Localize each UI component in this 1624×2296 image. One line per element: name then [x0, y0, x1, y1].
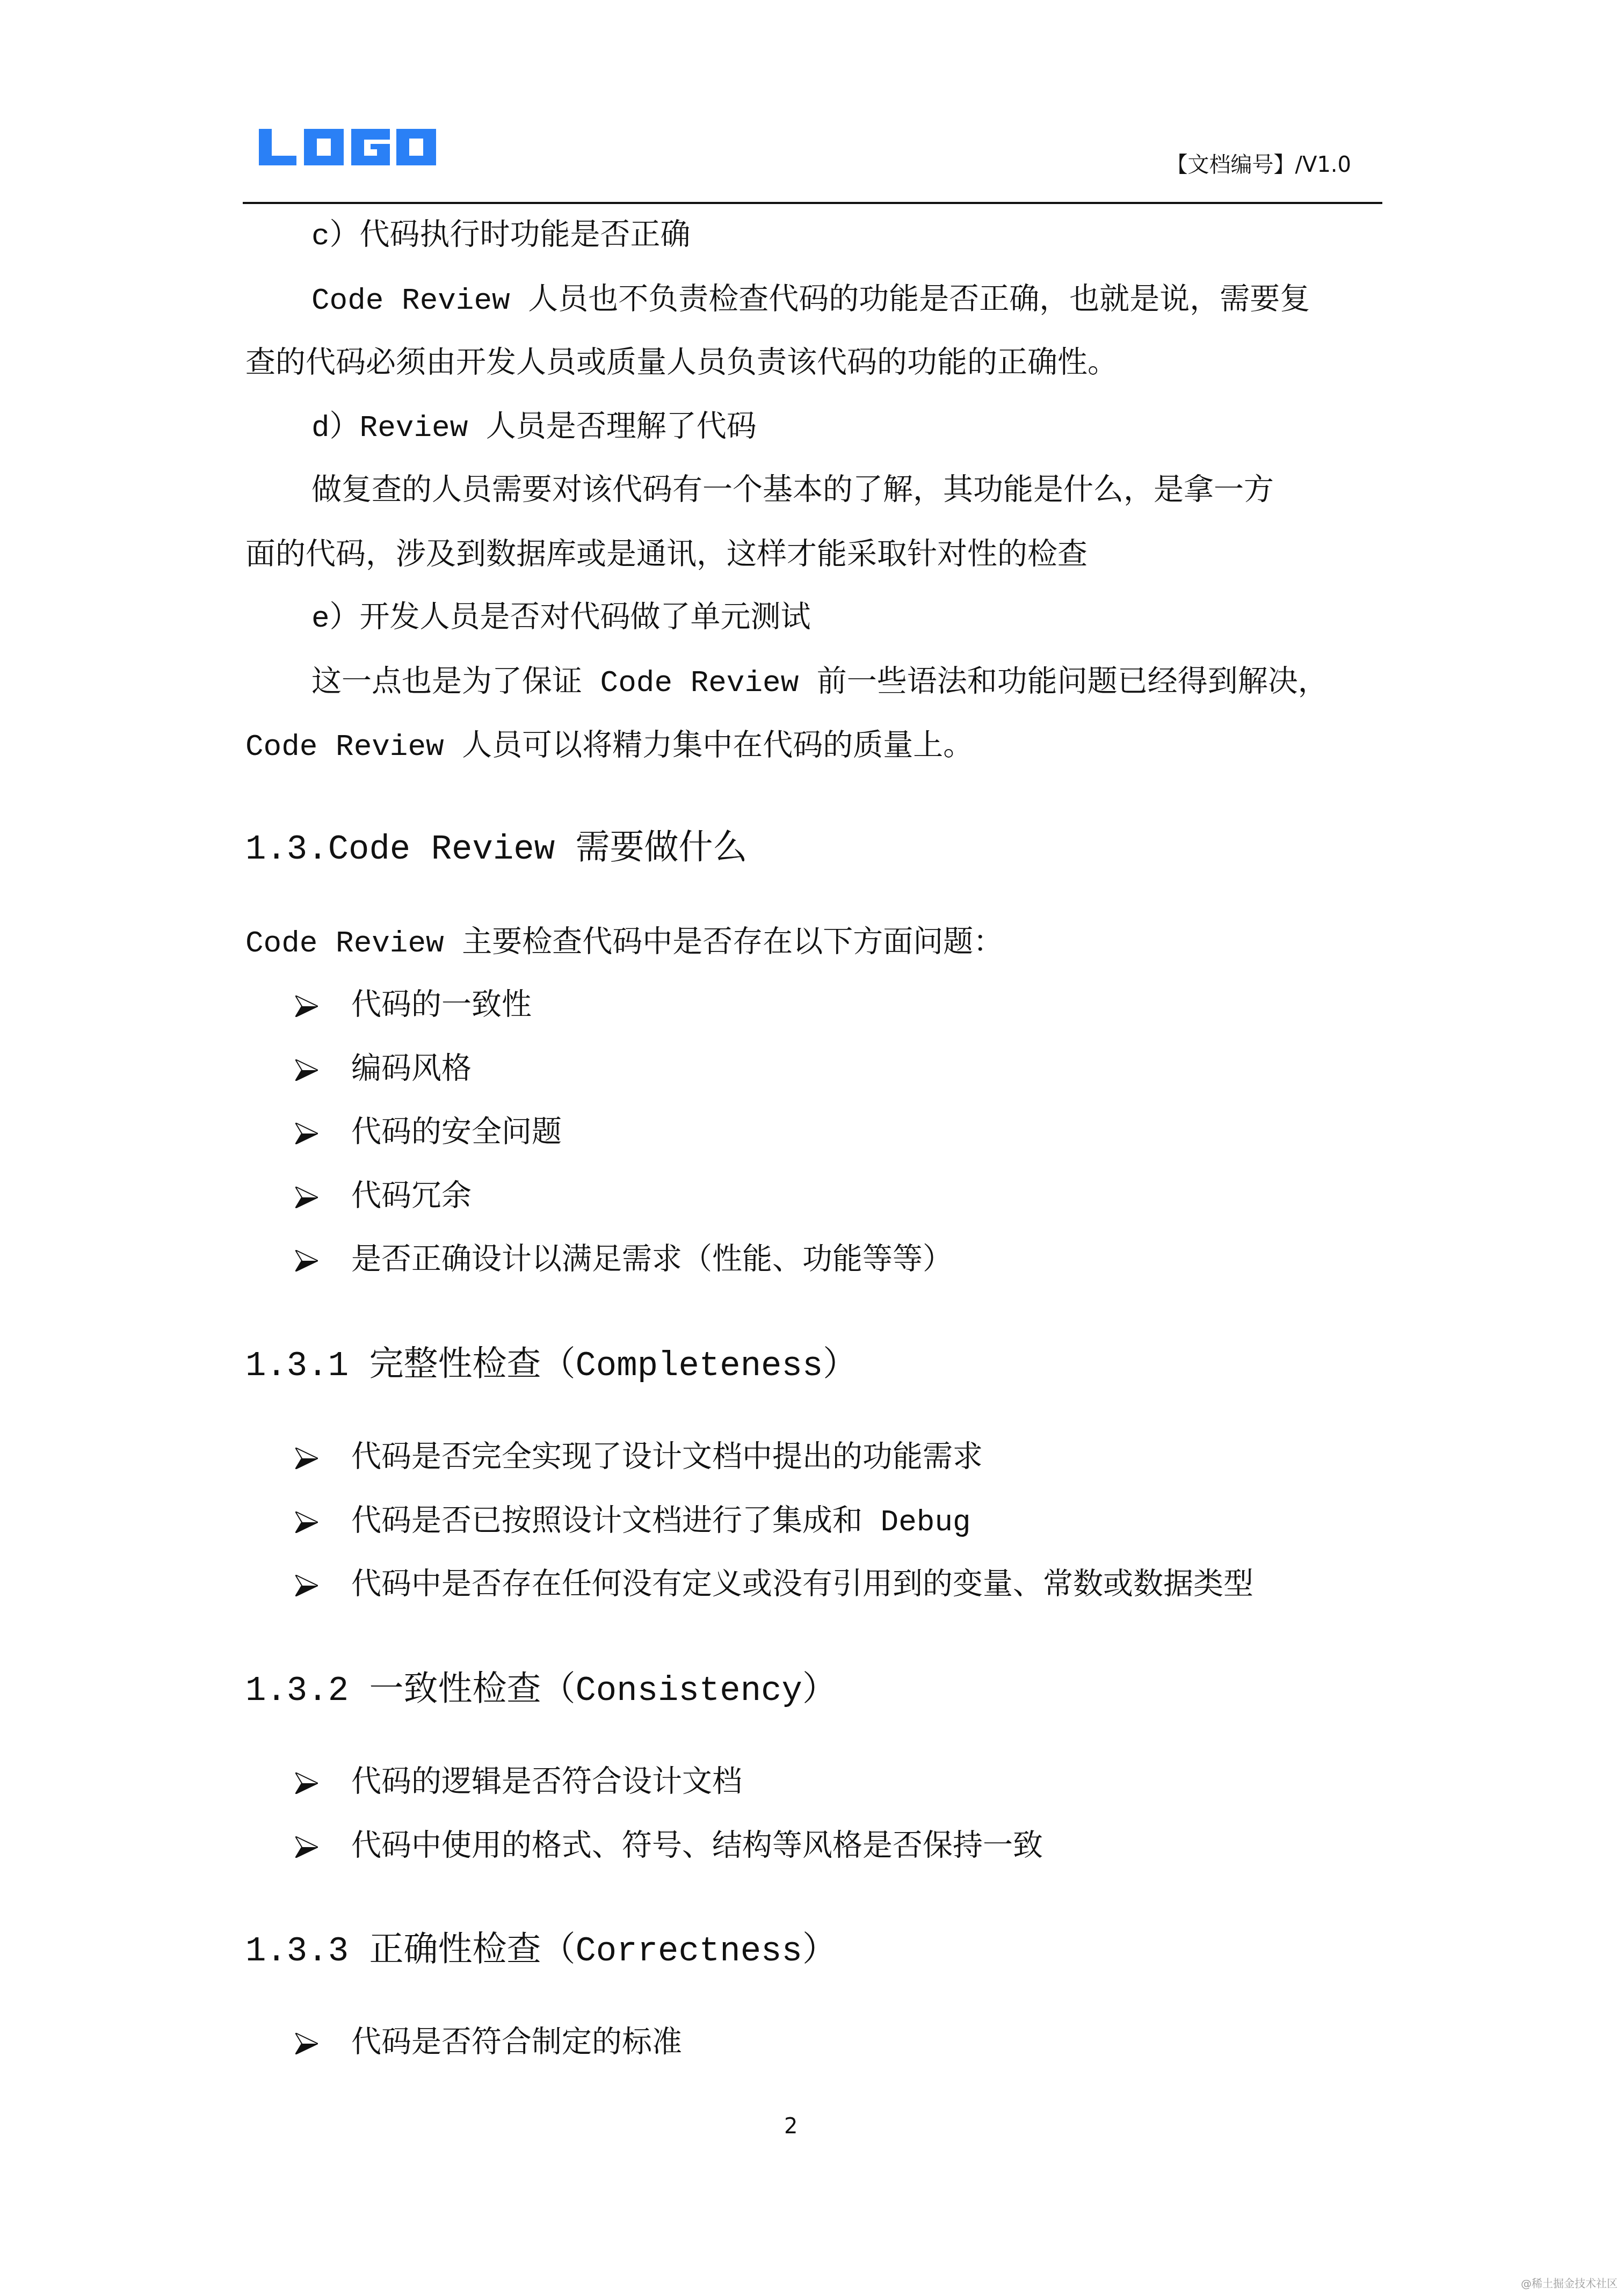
arrow-bullet-icon	[295, 1836, 318, 1858]
list-item: 代码的一致性	[295, 987, 532, 1025]
list-item-text: 代码是否完全实现了设计文档中提出的功能需求	[351, 1440, 983, 1477]
arrow-bullet-icon	[295, 1512, 318, 1533]
header-divider	[243, 202, 1382, 204]
item-c-title: c）代码执行时功能是否正确	[311, 217, 691, 255]
item-d-body-line-2: 面的代码，涉及到数据库或是通讯，这样才能采取针对性的检查	[245, 537, 1087, 575]
item-e-body-line-1: 这一点也是为了保证 Code Review 前一些语法和功能问题已经得到解决，	[311, 664, 1328, 702]
section-heading-1-3-2: 1.3.2 一致性检查（Consistency）	[245, 1670, 837, 1713]
watermark: @稀土掘金技术社区	[1521, 2277, 1618, 2291]
section-1-3-intro: Code Review 主要检查代码中是否存在以下方面问题：	[245, 925, 1003, 962]
item-d-body-line-1: 做复查的人员需要对该代码有一个基本的了解，其功能是什么，是拿一方	[311, 473, 1274, 510]
item-e-body-line-2: Code Review 人员可以将精力集中在代码的质量上。	[245, 728, 973, 766]
item-c-body-line-1: Code Review 人员也不负责检查代码的功能是否正确，也就是说，需要复	[311, 282, 1310, 319]
list-item-text: 编码风格	[351, 1051, 472, 1089]
list-item-text: 代码的逻辑是否符合设计文档	[351, 1764, 742, 1802]
arrow-bullet-icon	[295, 1772, 318, 1794]
list-item: 是否正确设计以满足需求（性能、功能等等）	[295, 1242, 953, 1280]
logo-icon	[259, 128, 436, 166]
arrow-bullet-icon	[295, 1250, 318, 1271]
list-item: 代码的逻辑是否符合设计文档	[295, 1764, 742, 1802]
list-item-text: 代码中使用的格式、符号、结构等风格是否保持一致	[351, 1828, 1043, 1866]
item-d-title: d）Review 人员是否理解了代码	[311, 409, 757, 447]
logo	[259, 128, 436, 170]
list-item-text: 代码冗余	[351, 1179, 472, 1216]
list-item-text: 是否正确设计以满足需求（性能、功能等等）	[351, 1242, 953, 1280]
list-item: 代码是否完全实现了设计文档中提出的功能需求	[295, 1440, 983, 1477]
item-c-body-line-2: 查的代码必须由开发人员或质量人员负责该代码的功能的正确性。	[245, 345, 1118, 383]
list-item: 代码中使用的格式、符号、结构等风格是否保持一致	[295, 1828, 1043, 1866]
arrow-bullet-icon	[295, 1187, 318, 1208]
arrow-bullet-icon	[295, 1448, 318, 1469]
item-e-title: e）开发人员是否对代码做了单元测试	[311, 600, 811, 637]
arrow-bullet-icon	[295, 1059, 318, 1081]
section-heading-1-3-1: 1.3.1 完整性检查（Completeness）	[245, 1345, 857, 1388]
list-item-text: 代码的一致性	[351, 987, 532, 1025]
list-item: 代码中是否存在任何没有定义或没有引用到的变量、常数或数据类型	[295, 1567, 1253, 1604]
list-item-text: 代码的安全问题	[351, 1115, 562, 1152]
page-number: 2	[784, 2113, 798, 2140]
section-heading-1-3-3: 1.3.3 正确性检查（Correctness）	[245, 1930, 837, 1973]
list-item: 代码的安全问题	[295, 1115, 562, 1152]
arrow-bullet-icon	[295, 2033, 318, 2054]
section-heading-1-3: 1.3.Code Review 需要做什么	[245, 829, 748, 871]
arrow-bullet-icon	[295, 996, 318, 1017]
list-item: 代码是否已按照设计文档进行了集成和 Debug	[295, 1503, 971, 1541]
list-item-text: 代码是否已按照设计文档进行了集成和 Debug	[351, 1503, 971, 1541]
list-item: 编码风格	[295, 1051, 472, 1089]
arrow-bullet-icon	[295, 1575, 318, 1596]
arrow-bullet-icon	[295, 1123, 318, 1144]
list-item: 代码冗余	[295, 1179, 472, 1216]
document-code: 【文档编号】/V1.0	[1166, 151, 1351, 178]
list-item-text: 代码中是否存在任何没有定义或没有引用到的变量、常数或数据类型	[351, 1567, 1253, 1604]
list-item: 代码是否符合制定的标准	[295, 2025, 682, 2062]
list-item-text: 代码是否符合制定的标准	[351, 2025, 682, 2062]
document-page: 【文档编号】/V1.0 c）代码执行时功能是否正确 Code Review 人员…	[0, 0, 1624, 2296]
